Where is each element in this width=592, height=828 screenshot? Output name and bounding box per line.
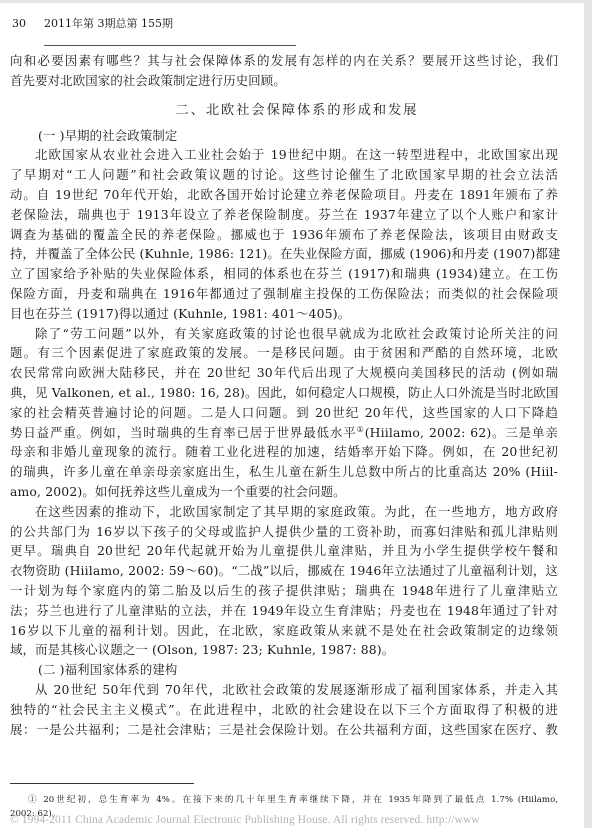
text-line: 典，见 Valkonen, et al., 1980: 16, 28)。因此，如… (10, 383, 558, 403)
header-rule (44, 45, 296, 46)
text-line: 北欧国家从农业社会进入工业社会始于 19世纪中期。在这一转型进程中，北欧国家出现 (10, 145, 558, 165)
subsection-title: (一 )早期的社会政策制定 (10, 126, 558, 146)
footnote-rule (10, 783, 194, 784)
running-header: 302011年第 3期总第 155期 (12, 15, 173, 31)
copyright-watermark: © 1994-2011 China Academic Journal Elect… (10, 814, 480, 826)
text-line: 16岁以下儿童的福利计划。因此，在北欧，家庭政策从来就不是处在社会政策制定的边缘… (10, 621, 558, 641)
journal-page: 302011年第 3期总第 155期 向和必要因素有哪些？其与社会保障体系的发展… (0, 3, 584, 828)
text-line: 独特的“社会民主主义模式”。在此进程中，北欧的社会建设在以下三个方面取得了积极的… (10, 700, 558, 720)
text-line: 一计划为每个家庭内的第二胎及以后生的孩子提供津贴；瑞典在 1948年进行了儿童津… (10, 581, 558, 601)
text-line: 的公共部门为 16岁以下孩子的父母或监护人提供少量的工资补助，而寡妇津贴和孤儿津… (10, 522, 558, 542)
text-line: 衣物资助 (Hiilamo, 2002: 59～60)。“二战”以后，挪威在 1… (10, 561, 558, 581)
text-line: 首先要对北欧国家的社会政策制定进行历史回顾。 (10, 71, 558, 91)
text-line: amo, 2002)。如何抚养这些儿童成为一个重要的社会问题。 (10, 482, 558, 502)
text-line: 的瑞典，许多儿童在单亲母亲家庭出生，私生儿童在新生儿总数中所占的比重高达 20%… (10, 462, 558, 482)
text-line: 农民常常向欧洲大陆移民，并在 20世纪 30年代后出现了大规模向美国移民的活动 … (10, 363, 558, 383)
text-line: 目也在芬兰 (1917)得以通过 (Kuhnle, 1981: 401～405)… (10, 304, 558, 324)
text-line: 家的社会精英普遍讨论的问题。二是人口问题。到 20世纪 20年代，这些国家的人口… (10, 403, 558, 423)
page-number: 30 (12, 17, 44, 30)
text-line: 更早。瑞典自 20世纪 20年代起就开始为儿童提供儿童津贴，并且为小学生提供学校… (10, 541, 558, 561)
text-line: 保险方面，丹麦和瑞典在 1916年都通过了强制雇主投保的工伤保险法；而类似的社会… (10, 284, 558, 304)
footnote-line: ① 20世纪初，总生育率为 4%。在接下来的几十年里生育率继续下降，并在 193… (10, 793, 558, 807)
text-line: 展：一是公共福利；二是社会津贴；三是社会保险计划。在公共福利方面，这些国家在医疗… (10, 720, 558, 740)
text-line: 持，并覆盖了全体公民 (Kuhnle, 1986: 121)。在失业保险方面，挪… (10, 244, 558, 264)
text-line: 了早期对“工人问题”和社会政策议题的讨论。这些讨论催生了北欧国家早期的社会立法活 (10, 165, 558, 185)
article-body: 向和必要因素有哪些？其与社会保障体系的发展有怎样的内在关系？要展开这些讨论，我们… (10, 51, 558, 739)
text-line: 题。有三个因素促进了家庭政策的发展。一是移民问题。由于贫困和严酷的自然环境，北欧 (10, 343, 558, 363)
section-title: 二、北欧社会保障体系的形成和发展 (10, 95, 558, 126)
text-line: 母亲和非婚儿童现象的流行。随着工业化进程的加速，结婚率开始下降。例如，在 20世… (10, 442, 558, 462)
text-segment: 势日益严重。例如，当时瑞典的生育率已居于世界最低水平 (10, 425, 357, 440)
footnote-reference[interactable]: ① (357, 425, 365, 434)
text-line-with-footnote: 势日益严重。例如，当时瑞典的生育率已居于世界最低水平①(Hiilamo, 200… (10, 423, 558, 443)
text-line: 法；芬兰也进行了儿童津贴的立法，并在 1949年设立生育津贴；丹麦也在 1948… (10, 601, 558, 621)
text-line: 在这些因素的推动下，北欧国家制定了其早期的家庭政策。为此，在一些地方，地方政府 (10, 502, 558, 522)
text-segment: (Hiilamo, 2002: 62)。三是单亲 (365, 425, 558, 440)
text-line: 除了“劳工问题”以外，有关家庭政策的讨论也很早就成为北欧社会政策讨论所关注的问 (10, 324, 558, 344)
text-line: 动。自 19世纪 70年代开始，北欧各国开始讨论建立养老保险项目。丹麦在 189… (10, 185, 558, 205)
footnote-marker: ① (28, 795, 39, 805)
text-line: 向和必要因素有哪些？其与社会保障体系的发展有怎样的内在关系？要展开这些讨论，我们 (10, 51, 558, 71)
subsection-title: (二 )福利国家体系的建构 (10, 660, 558, 680)
text-line: 老保险法，瑞典也于 1913年设立了养老保险制度。芬兰在 1937年建立了以个人… (10, 205, 558, 225)
journal-issue: 2011年第 3期总第 155期 (44, 17, 173, 30)
text-line: 调查为基础的覆盖全民的养老保险。挪威也于 1936年颁布了养老保险法，该项目由财… (10, 225, 558, 245)
text-line: 从 20世纪 50年代到 70年代，北欧社会政策的发展逐渐形成了福利国家体系，并… (10, 680, 558, 700)
text-line: 域，而是其核心议题之一 (Olson, 1987: 23; Kuhnle, 19… (10, 640, 558, 660)
text-line: 立了国家给予补贴的失业保险体系，相同的体系也在芬兰 (1917)和瑞典 (193… (10, 264, 558, 284)
footnote-text: 20世纪初，总生育率为 4%。在接下来的几十年里生育率继续下降，并在 1935年… (43, 795, 558, 805)
